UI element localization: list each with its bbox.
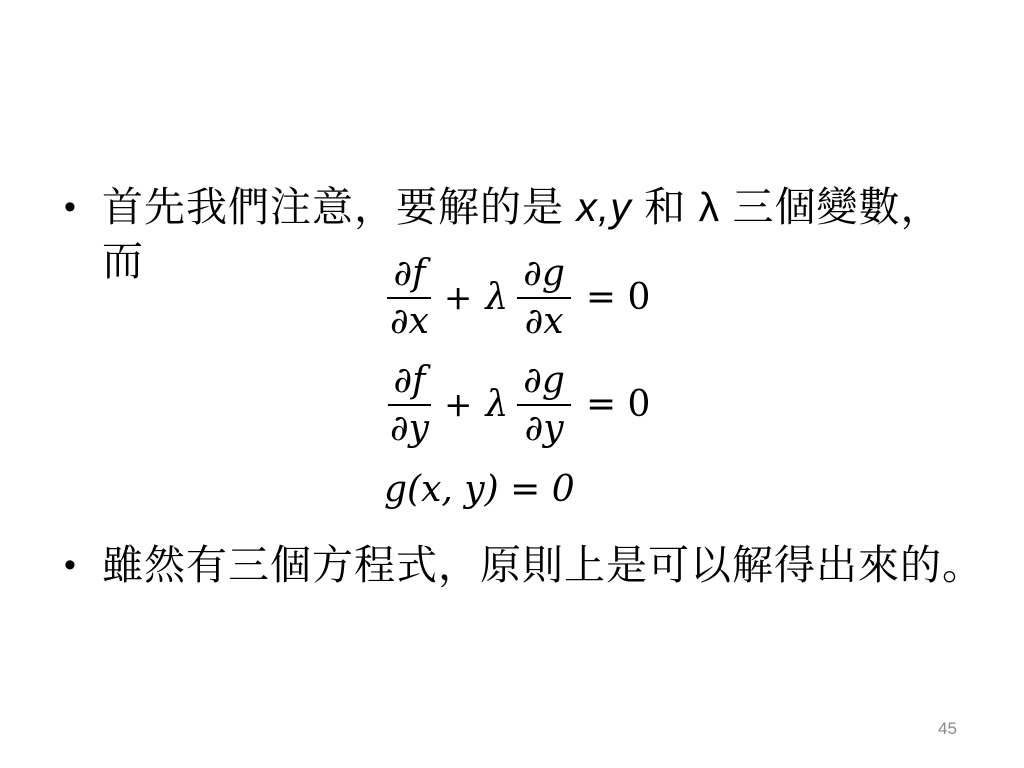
lambda-coefficient: λ [485,385,508,425]
plus-operator: + [444,278,473,318]
equation-block: ∂f ∂x + λ ∂g ∂x = 0 ∂f ∂y + λ ∂g ∂y = 0 [384,254,650,512]
bullet-1-variables: x,y [576,184,631,230]
equation-dy: ∂f ∂y + λ ∂g ∂y = 0 [384,361,650,449]
numerator-dg: ∂g [517,361,571,406]
equals-zero: = 0 [586,278,651,318]
denominator-dy: ∂y [519,406,570,449]
denominator-dy: ∂y [384,406,435,449]
bullet-1-pre: 首先我們注意，要解的是 [102,184,576,230]
page-number: 45 [938,719,957,739]
fraction-df-dx: ∂f ∂x [384,254,435,342]
denominator-dx: ∂x [519,299,570,342]
denominator-dx: ∂x [384,299,435,342]
numerator-df: ∂f [388,361,432,406]
equation-dx: ∂f ∂x + λ ∂g ∂x = 0 [384,254,650,342]
constraint-g-xy: g(x, y) = 0 [384,468,575,512]
numerator-df: ∂f [387,254,431,299]
slide: • 首先我們注意，要解的是 x,y 和 λ 三個變數， 而 ∂f ∂x + λ … [0,0,1024,768]
fraction-dg-dx: ∂g ∂x [517,254,571,342]
equals-zero: = 0 [586,385,651,425]
equation-constraint: g(x, y) = 0 [384,468,575,512]
bullet-2-text: 雖然有三個方程式，原則上是可以解得出來的。 [102,538,984,592]
bullet-1-mid: 和 λ 三個變數， [632,184,943,230]
lambda-coefficient: λ [485,278,508,318]
bullet-marker: • [62,538,102,592]
fraction-df-dy: ∂f ∂y [384,361,435,449]
bullet-marker: • [62,180,102,234]
bullet-item-2: • 雖然有三個方程式，原則上是可以解得出來的。 [62,538,1022,592]
plus-operator: + [444,385,473,425]
fraction-dg-dy: ∂g ∂y [517,361,571,449]
numerator-dg: ∂g [517,254,571,299]
